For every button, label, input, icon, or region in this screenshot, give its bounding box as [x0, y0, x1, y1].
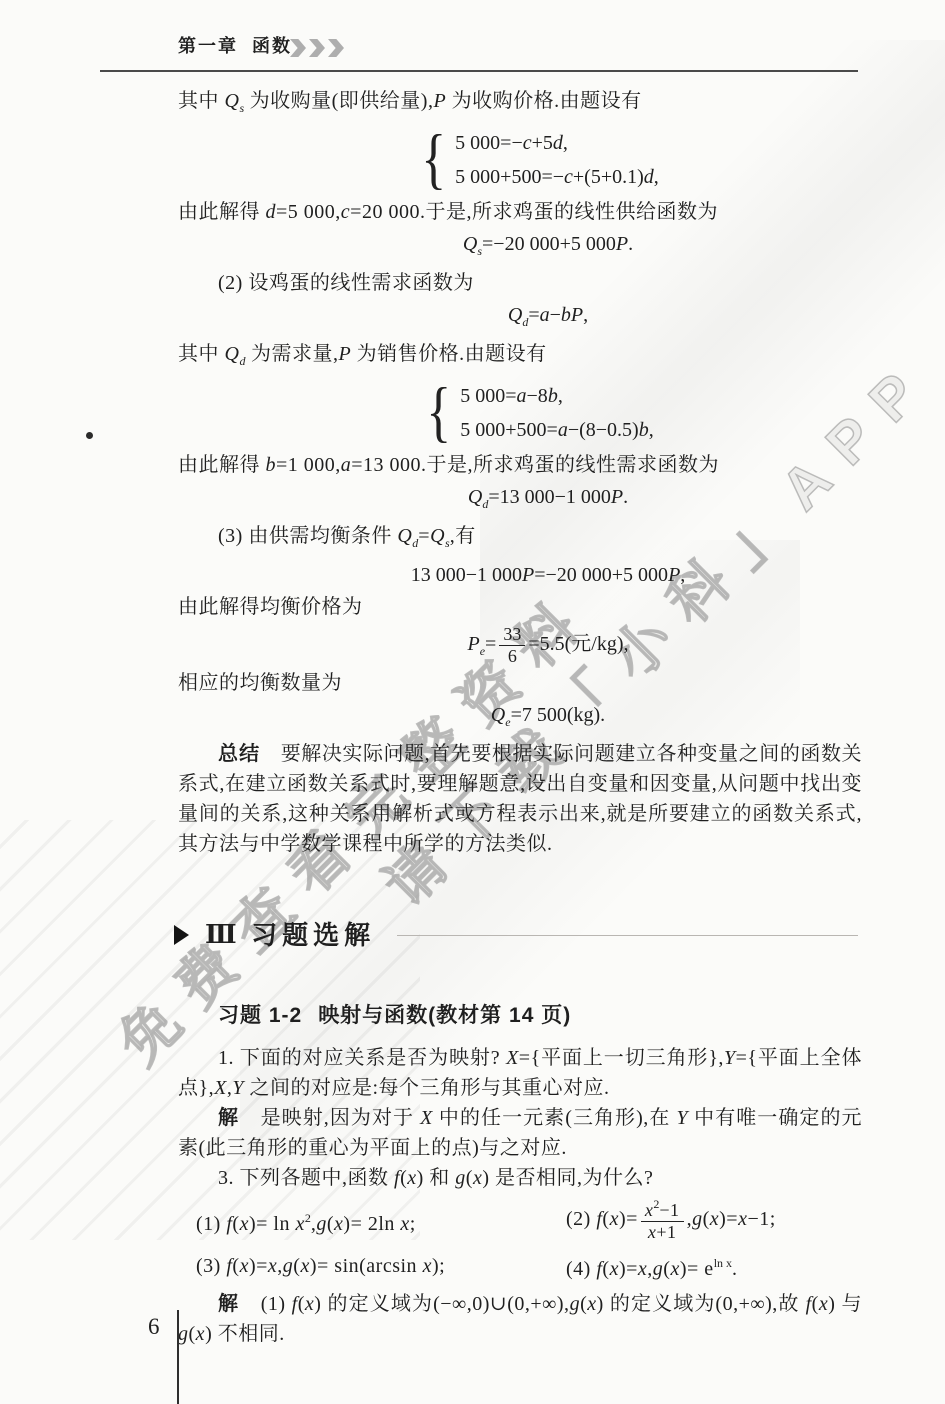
text-segment: c — [523, 132, 532, 154]
text-segment: g — [316, 1213, 327, 1235]
formula-row-1: (1) f(x)= ln x2,g(x)= 2ln x;(2) f(x)=x2−… — [178, 1198, 862, 1242]
formula-left: (1) f(x)= ln x2,g(x)= 2ln x; — [178, 1203, 566, 1239]
text-segment: , — [680, 564, 685, 586]
text-segment: ,有 — [450, 525, 476, 547]
para-problem-3: 3. 下列各题中,函数 f(x) 和 g(x) 是否相同,为什么? — [178, 1163, 862, 1193]
text-segment: d — [644, 166, 654, 188]
text-segment: . — [623, 486, 628, 508]
text-segment: x — [196, 1323, 205, 1345]
text-segment: Q — [463, 233, 477, 255]
text-segment: ={平面上一切三角形}, — [519, 1047, 724, 1069]
para-demand-vars: 其中 Qd 为需求量,P 为销售价格.由题设有 — [178, 339, 862, 376]
text-segment: , — [654, 166, 659, 188]
text-segment: 总结 — [218, 743, 260, 765]
equation-rows: 5 000=−c+5d,5 000+500=−c+(5+0.1)d, — [455, 126, 659, 194]
text-segment: d — [553, 132, 563, 154]
text-segment: )= — [619, 1208, 638, 1230]
text-segment: 中的任一元素(三角形),在 — [433, 1107, 677, 1129]
text-segment: X — [214, 1077, 227, 1099]
margin-dot — [86, 432, 93, 439]
equation-supply-function: Qs=−20 000+5 000P. — [178, 229, 862, 266]
chapter-number: 第一章 — [178, 36, 238, 56]
text-segment: d — [266, 201, 277, 223]
formula-right: (2) f(x)=x2−1x+1,g(x)=x−1; — [566, 1198, 862, 1242]
text-segment: 为收购价格.由题设有 — [446, 90, 642, 112]
chevron-right-icon — [328, 39, 344, 57]
fraction-numerator: 33 — [499, 624, 525, 646]
formula-row-2: (3) f(x)=x,g(x)= sin(arcsin x);(4) f(x)=… — [178, 1248, 862, 1284]
text-segment: a — [341, 454, 352, 476]
text-segment: ) 的定义域为(−∞,0)∪(0,+∞), — [314, 1293, 569, 1315]
text-segment: Q — [491, 704, 505, 726]
text-segment: g — [570, 1293, 581, 1315]
text-segment: = — [528, 304, 539, 326]
text-segment: g — [692, 1208, 703, 1230]
text-segment: x — [295, 1213, 304, 1235]
text-segment: ( — [232, 1213, 239, 1235]
text-segment: 解 — [218, 1107, 240, 1129]
text-segment: P — [611, 486, 623, 508]
text-segment: g — [178, 1323, 189, 1345]
text-segment: 为销售价格.由题设有 — [351, 343, 547, 365]
text-segment: =13 000−1 000 — [488, 486, 611, 508]
text-segment: 5 000=− — [455, 132, 523, 154]
text-segment: =7 500(kg). — [511, 704, 606, 726]
text-segment: 3. 下列各题中,函数 — [218, 1167, 394, 1189]
text-segment: b — [266, 454, 277, 476]
equation-equilibrium-quantity: Qe=7 500(kg). — [178, 700, 862, 737]
section-rule — [397, 935, 858, 936]
left-brace-icon: { — [421, 126, 446, 194]
para-supply-solve: 由此解得 d=5 000,c=20 000.于是,所求鸡蛋的线性供给函数为 — [178, 197, 862, 227]
text-segment: P — [571, 304, 583, 326]
equation-demand-function: Qd=13 000−1 000P. — [178, 482, 862, 519]
chapter-header: 第一章函数 — [178, 32, 292, 58]
text-segment: ) 的定义域为(0,+∞),故 — [597, 1293, 806, 1315]
text-segment: P — [522, 564, 534, 586]
equation-rows: 5 000=a−8b,5 000+500=a−(8−0.5)b, — [460, 379, 653, 447]
text-segment: x — [334, 1213, 343, 1235]
text-segment: −(8−0.5) — [568, 419, 639, 441]
text-segment: 为需求量, — [245, 343, 338, 365]
section-header: Ⅲ习题选解 — [174, 913, 862, 957]
textbook-page: 免费查看完整资料 请下载「小科」APP 第一章函数 其中 Qs 为收购量(即供给… — [0, 0, 945, 1404]
text-segment: 6 — [508, 646, 517, 666]
text-segment: = — [485, 633, 496, 655]
text-segment: 其中 — [178, 343, 225, 365]
text-segment: 33 — [503, 624, 521, 644]
text-segment: g — [283, 1255, 294, 1277]
text-segment: −8 — [527, 385, 548, 407]
text-segment: x — [240, 1213, 249, 1235]
text-segment: − — [550, 304, 561, 326]
text-segment: +(5+0.1) — [573, 166, 644, 188]
formula-right: (4) f(x)=x,g(x)= eln x. — [566, 1248, 862, 1284]
text-segment: P — [338, 343, 351, 365]
equation-row: 5 000+500=−c+(5+0.1)d, — [455, 160, 659, 194]
fraction-denominator: 6 — [499, 646, 525, 667]
para-equilibrium-intro: (3) 由供需均衡条件 Qd=Qs,有 — [178, 521, 862, 558]
text-segment: Q — [508, 304, 522, 326]
text-segment: =1 000, — [276, 454, 341, 476]
text-segment: ); — [432, 1255, 445, 1277]
text-segment: x — [819, 1293, 828, 1315]
text-segment: c — [341, 201, 350, 223]
text-segment: . — [628, 233, 633, 255]
text-segment: +1 — [656, 1222, 676, 1242]
chevron-right-icon — [309, 39, 325, 57]
equation-row: 5 000=−c+5d, — [455, 126, 659, 160]
text-segment: (2) — [566, 1208, 596, 1230]
fraction: x2−1x+1 — [641, 1198, 684, 1242]
text-segment: P — [468, 633, 480, 655]
text-segment: P — [433, 90, 446, 112]
text-segment: (1) — [240, 1293, 292, 1315]
exercise-title: 映射与函数(教材第 14 页) — [318, 1004, 571, 1027]
text-segment: a — [540, 304, 550, 326]
text-segment: )= ln — [249, 1213, 296, 1235]
text-segment: = — [418, 525, 430, 547]
text-segment: x — [473, 1167, 482, 1189]
text-segment: a — [517, 385, 527, 407]
text-segment: =13 000.于是,所求鸡蛋的线性需求函数为 — [351, 454, 719, 476]
text-segment: Y — [676, 1107, 688, 1129]
text-segment: 1. 下面的对应关系是否为映射? — [218, 1047, 506, 1069]
text-segment: b — [639, 419, 649, 441]
text-segment: ) 是否相同,为什么? — [482, 1167, 653, 1189]
text-segment: 13 000−1 000 — [411, 564, 522, 586]
para-price-intro: 由此解得均衡价格为 — [178, 592, 862, 622]
para-supply-intro: 其中 Qs 为收购量(即供给量),P 为收购价格.由题设有 — [178, 86, 862, 123]
text-segment: X — [420, 1107, 433, 1129]
text-segment: . — [732, 1258, 738, 1280]
equation-equilibrium-price: Pe=336=5.5(元/kg), — [178, 624, 862, 666]
text-segment: (2) 设鸡蛋的线性需求函数为 — [218, 272, 474, 294]
text-segment: x — [305, 1293, 314, 1315]
text-segment: , — [583, 304, 588, 326]
chevron-right-icon — [290, 39, 306, 57]
text-segment: Q — [430, 525, 445, 547]
triangle-bullet-icon — [174, 925, 189, 945]
text-segment: ( — [466, 1167, 473, 1189]
text-segment: 为收购量(即供给量), — [244, 90, 433, 112]
equation-system-demand: {5 000=a−8b,5 000+500=a−(8−0.5)b, — [178, 379, 862, 447]
para-solution-1: 解 是映射,因为对于 X 中的任一元素(三角形),在 Y 中有唯一确定的元素(此… — [178, 1103, 862, 1163]
para-demand-intro: (2) 设鸡蛋的线性需求函数为 — [178, 268, 862, 298]
text-segment: 相应的均衡数量为 — [178, 672, 342, 694]
text-segment: Q — [397, 525, 412, 547]
text-segment: ( — [232, 1255, 239, 1277]
text-segment: 其中 — [178, 90, 225, 112]
text-segment: x — [638, 1258, 647, 1280]
text-segment: Y — [724, 1047, 736, 1069]
text-segment: =−20 000+5 000 — [482, 233, 616, 255]
text-segment: =5 000, — [276, 201, 341, 223]
text-segment: P — [616, 233, 628, 255]
text-segment: =20 000.于是,所求鸡蛋的线性供给函数为 — [350, 201, 718, 223]
text-segment: ( — [327, 1213, 334, 1235]
text-segment: 由此解得 — [178, 454, 266, 476]
text-segment: 5 000+500= — [460, 419, 558, 441]
text-segment: ( — [602, 1258, 609, 1280]
text-segment: , — [649, 419, 654, 441]
text-segment: ( — [703, 1208, 710, 1230]
text-segment: ( — [812, 1293, 819, 1315]
text-segment: P — [668, 564, 680, 586]
text-segment: b — [548, 385, 558, 407]
text-segment: =−20 000+5 000 — [534, 564, 668, 586]
text-segment: ln x — [714, 1256, 732, 1270]
text-segment: X — [506, 1047, 519, 1069]
text-segment: x — [710, 1208, 719, 1230]
text-segment: x — [610, 1258, 619, 1280]
text-segment: Q — [225, 343, 240, 365]
text-segment: 是映射,因为对于 — [240, 1107, 421, 1129]
para-summary: 总结 要解决实际问题,首先要根据实际问题建立各种变量之间的函数关系式,在建立函数… — [178, 739, 862, 859]
text-segment: 要解决实际问题,首先要根据实际问题建立各种变量之间的函数关系式,在建立函数关系式… — [178, 743, 862, 855]
text-segment: ) 不相同. — [205, 1323, 285, 1345]
text-segment: =5.5(元/kg), — [528, 633, 628, 655]
text-segment: , — [558, 385, 563, 407]
text-segment: x — [400, 1213, 409, 1235]
text-segment: 由此解得均衡价格为 — [178, 596, 363, 618]
fraction-numerator: x2−1 — [641, 1198, 684, 1222]
text-segment: 解 — [218, 1293, 240, 1315]
text-segment: c — [564, 166, 573, 188]
text-segment: x — [300, 1255, 309, 1277]
equation-row: 5 000+500=a−(8−0.5)b, — [460, 413, 653, 447]
exercise-number: 习题 1-2 — [218, 1004, 302, 1027]
text-segment: b — [561, 304, 571, 326]
text-segment: −1 — [659, 1200, 679, 1220]
text-segment: ( — [298, 1293, 305, 1315]
text-segment: x — [407, 1167, 416, 1189]
section-number: Ⅲ — [205, 920, 237, 950]
text-segment: +5 — [532, 132, 553, 154]
para-solution-3: 解 (1) f(x) 的定义域为(−∞,0)∪(0,+∞),g(x) 的定义域为… — [178, 1289, 862, 1349]
left-brace-icon: { — [426, 379, 451, 447]
text-segment: x — [240, 1255, 249, 1277]
section-title: 习题选解 — [251, 920, 375, 950]
equation-system-supply: {5 000=−c+5d,5 000+500=−c+(5+0.1)d, — [178, 126, 862, 194]
text-segment: Q — [468, 486, 482, 508]
exercise-heading: 习题 1-2映射与函数(教材第 14 页) — [178, 1001, 862, 1031]
text-segment: )= — [249, 1255, 268, 1277]
text-segment: (3) — [196, 1255, 226, 1277]
text-segment: ( — [602, 1208, 609, 1230]
text-segment: ( — [189, 1323, 196, 1345]
text-segment: )= e — [680, 1258, 714, 1280]
text-segment: (4) — [566, 1258, 596, 1280]
text-segment: 5 000+500=− — [455, 166, 564, 188]
fraction-denominator: x+1 — [641, 1222, 684, 1243]
formula-left: (3) f(x)=x,g(x)= sin(arcsin x); — [178, 1251, 566, 1281]
text-segment: 5 000= — [460, 385, 516, 407]
header-rule — [100, 70, 858, 72]
text-segment: x — [423, 1255, 432, 1277]
equation-demand-form: Qd=a−bP, — [178, 300, 862, 337]
para-problem-1: 1. 下面的对应关系是否为映射? X={平面上一切三角形},Y={平面上全体点}… — [178, 1043, 862, 1103]
text-segment: 由此解得 — [178, 201, 266, 223]
text-segment: g — [455, 1167, 466, 1189]
text-segment: g — [653, 1258, 664, 1280]
text-segment: x — [268, 1255, 277, 1277]
chapter-title: 函数 — [252, 36, 292, 56]
text-segment: ) 与 — [828, 1293, 862, 1315]
text-segment: x — [610, 1208, 619, 1230]
text-segment: (3) 由供需均衡条件 — [218, 525, 397, 547]
text-segment: x — [670, 1258, 679, 1280]
page-content: 其中 Qs 为收购量(即供给量),P 为收购价格.由题设有{5 000=−c+5… — [178, 86, 862, 1349]
text-segment: ; — [410, 1213, 416, 1235]
para-demand-solve: 由此解得 b=1 000,a=13 000.于是,所求鸡蛋的线性需求函数为 — [178, 450, 862, 480]
para-quantity-intro: 相应的均衡数量为 — [178, 668, 862, 698]
page-number: 6 — [148, 1314, 160, 1340]
text-segment: 之间的对应是:每个三角形与其重心对应. — [244, 1077, 610, 1099]
equation-equilibrium: 13 000−1 000P=−20 000+5 000P, — [178, 560, 862, 590]
fraction: 336 — [499, 624, 525, 666]
text-segment: Q — [225, 90, 240, 112]
text-segment: ) 和 — [417, 1167, 456, 1189]
text-segment: , — [563, 132, 568, 154]
chevrons-icon — [290, 39, 344, 57]
text-segment: )= — [719, 1208, 738, 1230]
text-segment: )= sin(arcsin — [310, 1255, 423, 1277]
footer-rule — [177, 1310, 179, 1404]
text-segment: (1) — [196, 1213, 226, 1235]
text-segment: )= 2ln — [343, 1213, 400, 1235]
text-segment: −1; — [747, 1208, 775, 1230]
text-segment: Y — [232, 1077, 244, 1099]
text-segment: x — [587, 1293, 596, 1315]
equation-row: 5 000=a−8b, — [460, 379, 653, 413]
text-segment: )= — [619, 1258, 638, 1280]
text-segment: a — [558, 419, 568, 441]
